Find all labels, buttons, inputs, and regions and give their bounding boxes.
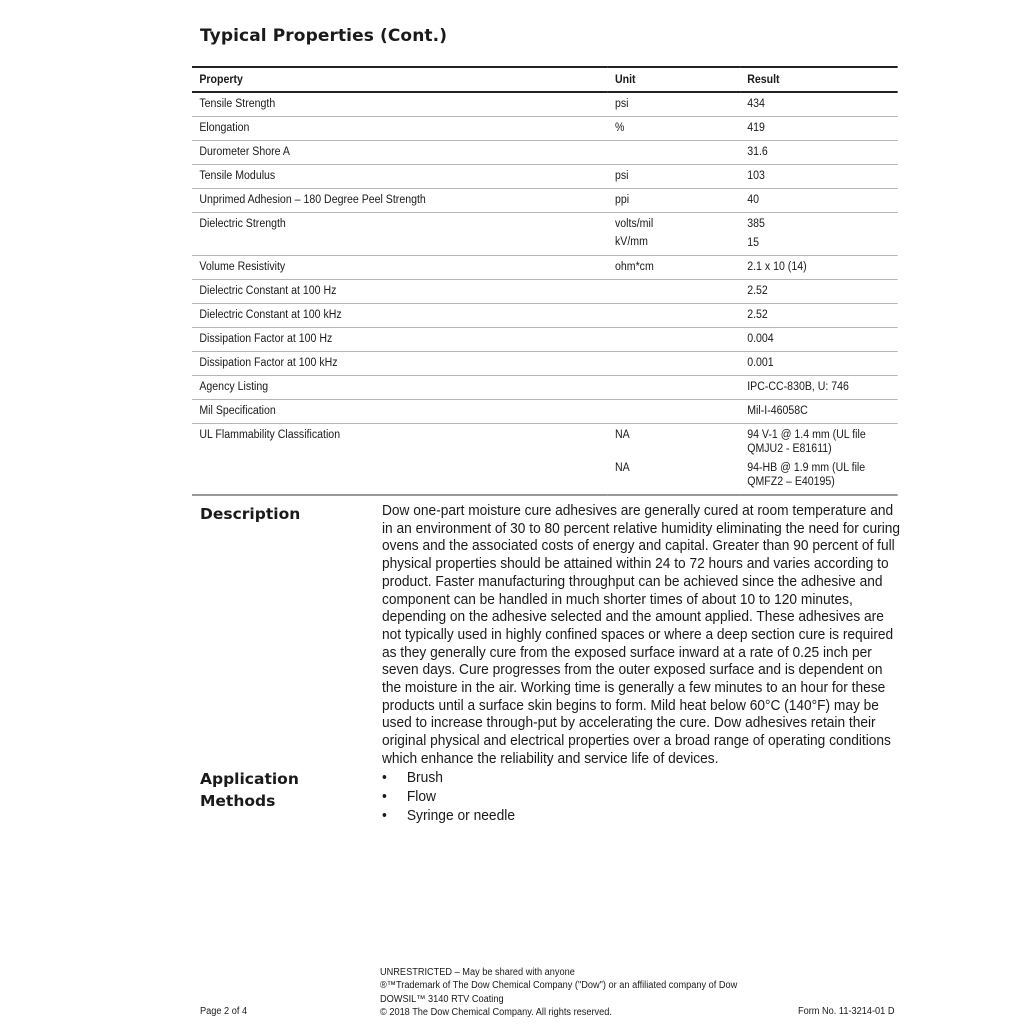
form-number: Form No. 11-3214-01 D: [798, 1006, 894, 1017]
unit-cell: psi: [608, 92, 740, 117]
table-row: Durometer Shore A 31.6: [192, 141, 898, 165]
list-item: •Brush: [382, 768, 515, 787]
property-cell: Dissipation Factor at 100 kHz: [192, 352, 608, 376]
description-heading: Description: [200, 503, 300, 525]
unit-cell: NANA: [608, 424, 740, 496]
method-label: Flow: [407, 788, 436, 805]
unit-value: %: [615, 121, 733, 135]
footer-line-unrestricted: UNRESTRICTED – May be shared with anyone: [380, 966, 737, 979]
property-cell: UL Flammability Classification: [192, 424, 608, 496]
footer-line-trademark: ®™Trademark of The Dow Chemical Company …: [380, 979, 737, 992]
unit-value: NA: [615, 461, 733, 475]
result-value: 0.004: [747, 332, 890, 346]
unit-cell: ppi: [608, 189, 740, 213]
result-value: 40: [747, 193, 890, 207]
result-cell: IPC-CC-830B, U: 746: [740, 376, 898, 400]
result-value: 31.6: [747, 145, 890, 159]
unit-value: volts/mil: [615, 217, 733, 231]
property-cell: Durometer Shore A: [192, 141, 608, 165]
result-cell: 40: [740, 189, 898, 213]
result-value: 2.52: [747, 284, 890, 298]
result-cell: 94 V-1 @ 1.4 mm (UL file QMJU2 - E81611)…: [740, 424, 898, 496]
unit-value: ppi: [615, 193, 733, 207]
property-cell: Elongation: [192, 117, 608, 141]
description-text: Dow one-part moisture cure adhesives are…: [382, 502, 902, 768]
unit-cell: psi: [608, 165, 740, 189]
table-row: Tensile Strengthpsi434: [192, 92, 898, 117]
result-cell: 2.1 x 10 (14): [740, 256, 898, 280]
unit-cell: [608, 304, 740, 328]
property-cell: Dielectric Constant at 100 Hz: [192, 280, 608, 304]
application-methods-heading-line2: Methods: [200, 792, 275, 810]
result-cell: 419: [740, 117, 898, 141]
typical-properties-table: Property Unit Result Tensile Strengthpsi…: [192, 66, 898, 496]
footer-notice: UNRESTRICTED – May be shared with anyone…: [380, 966, 737, 1019]
unit-value: [615, 145, 733, 159]
result-cell: 2.52: [740, 304, 898, 328]
table-row: Volume Resistivityohm*cm2.1 x 10 (14): [192, 256, 898, 280]
unit-value: [615, 284, 733, 298]
bullet-icon: •: [382, 768, 387, 787]
application-methods-heading-line1: Application: [200, 770, 299, 788]
table-row: Dielectric Constant at 100 kHz 2.52: [192, 304, 898, 328]
unit-value: ohm*cm: [615, 260, 733, 274]
property-cell: Unprimed Adhesion – 180 Degree Peel Stre…: [192, 189, 608, 213]
unit-cell: [608, 141, 740, 165]
result-cell: 2.52: [740, 280, 898, 304]
table-row: UL Flammability ClassificationNANA94 V-1…: [192, 424, 898, 496]
table-row: Dielectric Constant at 100 Hz 2.52: [192, 280, 898, 304]
table-row: Agency Listing IPC-CC-830B, U: 746: [192, 376, 898, 400]
result-value: Mil-I-46058C: [747, 404, 890, 418]
unit-cell: [608, 352, 740, 376]
table-row: Dissipation Factor at 100 kHz 0.001: [192, 352, 898, 376]
result-value: 103: [747, 169, 890, 183]
method-label: Syringe or needle: [407, 807, 515, 824]
column-header-unit: Unit: [608, 67, 740, 92]
result-value: 2.52: [747, 308, 890, 322]
unit-value: [615, 380, 733, 394]
property-cell: Dissipation Factor at 100 Hz: [192, 328, 608, 352]
table-row: Mil Specification Mil-I-46058C: [192, 400, 898, 424]
unit-value: psi: [615, 169, 733, 183]
unit-cell: [608, 328, 740, 352]
table-header-row: Property Unit Result: [192, 67, 898, 92]
result-value: 94 V-1 @ 1.4 mm (UL file QMJU2 - E81611): [747, 428, 890, 456]
column-header-result: Result: [740, 67, 898, 92]
result-value: 434: [747, 97, 890, 111]
property-cell: Agency Listing: [192, 376, 608, 400]
result-value: 94-HB @ 1.9 mm (UL file QMFZ2 – E40195): [747, 461, 890, 489]
result-cell: 38515: [740, 213, 898, 256]
application-methods-list: •Brush •Flow •Syringe or needle: [382, 768, 515, 825]
property-cell: Tensile Modulus: [192, 165, 608, 189]
unit-cell: %: [608, 117, 740, 141]
result-value: IPC-CC-830B, U: 746: [747, 380, 890, 394]
list-item: •Flow: [382, 787, 515, 806]
page-title: Typical Properties (Cont.): [200, 26, 447, 46]
table-row: Tensile Moduluspsi103: [192, 165, 898, 189]
result-value: 419: [747, 121, 890, 135]
footer-line-copyright: © 2018 The Dow Chemical Company. All rig…: [380, 1006, 737, 1019]
result-value: 15: [747, 236, 890, 250]
result-value: 385: [747, 217, 890, 231]
bullet-icon: •: [382, 787, 387, 806]
property-cell: Mil Specification: [192, 400, 608, 424]
table-row: Elongation%419: [192, 117, 898, 141]
unit-cell: ohm*cm: [608, 256, 740, 280]
unit-cell: [608, 376, 740, 400]
unit-value: kV/mm: [615, 235, 733, 249]
unit-value: psi: [615, 97, 733, 111]
unit-cell: [608, 280, 740, 304]
property-cell: Tensile Strength: [192, 92, 608, 117]
result-cell: 434: [740, 92, 898, 117]
property-cell: Volume Resistivity: [192, 256, 608, 280]
list-item: •Syringe or needle: [382, 806, 515, 825]
property-cell: Dielectric Strength: [192, 213, 608, 256]
table-row: Dissipation Factor at 100 Hz 0.004: [192, 328, 898, 352]
unit-cell: [608, 400, 740, 424]
bullet-icon: •: [382, 806, 387, 825]
method-label: Brush: [407, 769, 443, 786]
page-number: Page 2 of 4: [200, 1006, 247, 1017]
property-cell: Dielectric Constant at 100 kHz: [192, 304, 608, 328]
application-methods-heading: Application Methods: [200, 768, 299, 812]
result-cell: 0.001: [740, 352, 898, 376]
unit-cell: volts/milkV/mm: [608, 213, 740, 256]
unit-value: [615, 404, 733, 418]
result-cell: 103: [740, 165, 898, 189]
column-header-property: Property: [192, 67, 608, 92]
result-value: 0.001: [747, 356, 890, 370]
result-cell: Mil-I-46058C: [740, 400, 898, 424]
table-row: Unprimed Adhesion – 180 Degree Peel Stre…: [192, 189, 898, 213]
unit-value: [615, 332, 733, 346]
result-value: 2.1 x 10 (14): [747, 260, 890, 274]
unit-value: NA: [615, 428, 733, 442]
unit-value: [615, 356, 733, 370]
table-row: Dielectric Strengthvolts/milkV/mm38515: [192, 213, 898, 256]
result-cell: 0.004: [740, 328, 898, 352]
unit-value: [615, 308, 733, 322]
footer-line-product: DOWSIL™ 3140 RTV Coating: [380, 993, 737, 1006]
result-cell: 31.6: [740, 141, 898, 165]
